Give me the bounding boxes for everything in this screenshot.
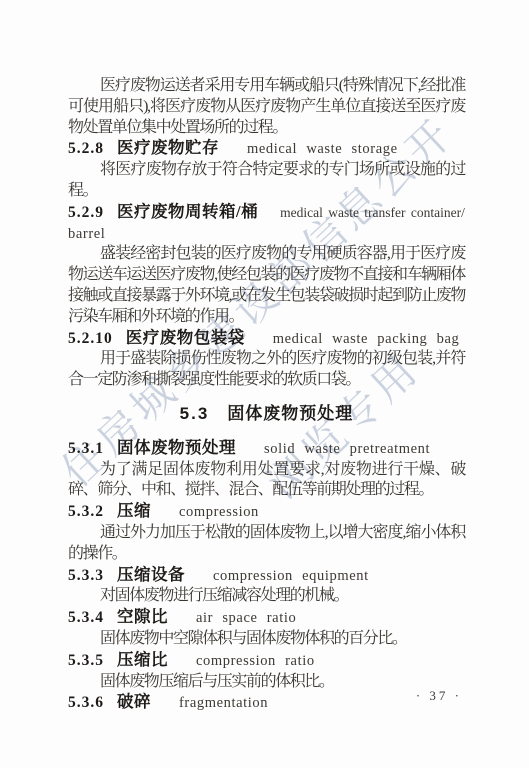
term-en: medical waste storage: [247, 141, 398, 157]
definition-5-3-3: 对固体废物进行压缩减容处理的机械。: [68, 586, 465, 607]
section-heading-5-3: 5.3固体废物预处理: [68, 404, 465, 425]
clause-number: 5.2.10: [68, 330, 113, 347]
term-en-continuation: barrel: [68, 226, 105, 242]
definition-5-3-5: 固体废物压缩后与压实前的体积比。: [68, 672, 465, 693]
clause-number: 5.3.5: [68, 652, 104, 669]
term-zh: 破碎: [117, 692, 151, 711]
definition-5-2-9: 盛装经密封包装的医疗废物的专用硬质容器,用于医疗废物运送车运送医疗废物,使经包装…: [68, 244, 465, 327]
term-zh: 医疗废物贮存: [117, 138, 219, 157]
document-page: 住房城乡建设部信息公开 浏览专用 医疗废物运送者采用专用车辆或船只(特殊情况下,…: [0, 0, 529, 768]
term-en: solid waste pretreatment: [264, 441, 430, 457]
term-en: medical waste packing bag: [273, 331, 460, 347]
term-zh: 固体废物预处理: [117, 438, 236, 457]
clause-number: 5.2.9: [68, 204, 104, 221]
clause-number: 5.3.6: [68, 694, 104, 711]
term-zh: 医疗废物包装袋: [126, 328, 245, 347]
term-zh: 压缩比: [117, 650, 168, 669]
term-en: fragmentation: [179, 695, 268, 711]
term-5-3-3: 5.3.3压缩设备compression equipment: [68, 565, 465, 587]
page-number: · 37 ·: [416, 688, 462, 704]
term-en: compression ratio: [196, 653, 315, 669]
term-en: air space ratio: [196, 610, 296, 626]
clause-number: 5.2.8: [68, 140, 104, 157]
term-en: compression: [179, 504, 259, 520]
definition-5-3-1: 为了满足固体废物利用处置要求,对废物进行干燥、破碎、筛分、中和、搅拌、混合、配伍…: [68, 460, 465, 502]
term-5-3-2: 5.3.2压缩compression: [68, 501, 465, 523]
definition-5-2-8: 将医疗废物存放于符合特定要求的专门场所或设施的过程。: [68, 160, 465, 202]
term-5-3-6: 5.3.6破碎fragmentation: [68, 692, 465, 714]
term-5-2-8: 5.2.8医疗废物贮存medical waste storage: [68, 138, 465, 160]
definition-5-2-10: 用于盛装除损伤性废物之外的医疗废物的初级包装,并符合一定防渗和撕裂强度性能要求的…: [68, 349, 465, 391]
section-title: 固体废物预处理: [227, 404, 353, 423]
definition-5-3-4: 固体废物中空隙体积与固体废物体积的百分比。: [68, 629, 465, 650]
term-en: medical waste transfer container/: [280, 205, 465, 220]
clause-number: 5.3.1: [68, 440, 104, 457]
clause-number: 5.3.2: [68, 503, 104, 520]
term-5-3-1: 5.3.1固体废物预处理solid waste pretreatment: [68, 438, 465, 460]
term-5-3-5: 5.3.5压缩比compression ratio: [68, 650, 465, 672]
term-5-2-10: 5.2.10医疗废物包装袋medical waste packing bag: [68, 328, 465, 350]
term-5-3-4: 5.3.4空隙比air space ratio: [68, 607, 465, 629]
term-en: compression equipment: [213, 568, 369, 584]
intro-paragraph: 医疗废物运送者采用专用车辆或船只(特殊情况下,经批准可使用船只),将医疗废物从医…: [68, 76, 465, 138]
clause-number: 5.3.4: [68, 609, 104, 626]
section-number: 5.3: [180, 404, 210, 423]
page-content: 医疗废物运送者采用专用车辆或船只(特殊情况下,经批准可使用船只),将医疗废物从医…: [68, 76, 465, 714]
term-zh: 压缩设备: [117, 565, 185, 584]
term-zh: 空隙比: [117, 607, 168, 626]
term-5-2-9: 5.2.9医疗废物周转箱/桶medical waste transfer con…: [68, 202, 465, 245]
term-zh: 医疗废物周转箱/桶: [117, 202, 258, 221]
term-zh: 压缩: [117, 501, 151, 520]
definition-5-3-2: 通过外力加压于松散的固体废物上,以增大密度,缩小体积的操作。: [68, 523, 465, 565]
clause-number: 5.3.3: [68, 567, 104, 584]
